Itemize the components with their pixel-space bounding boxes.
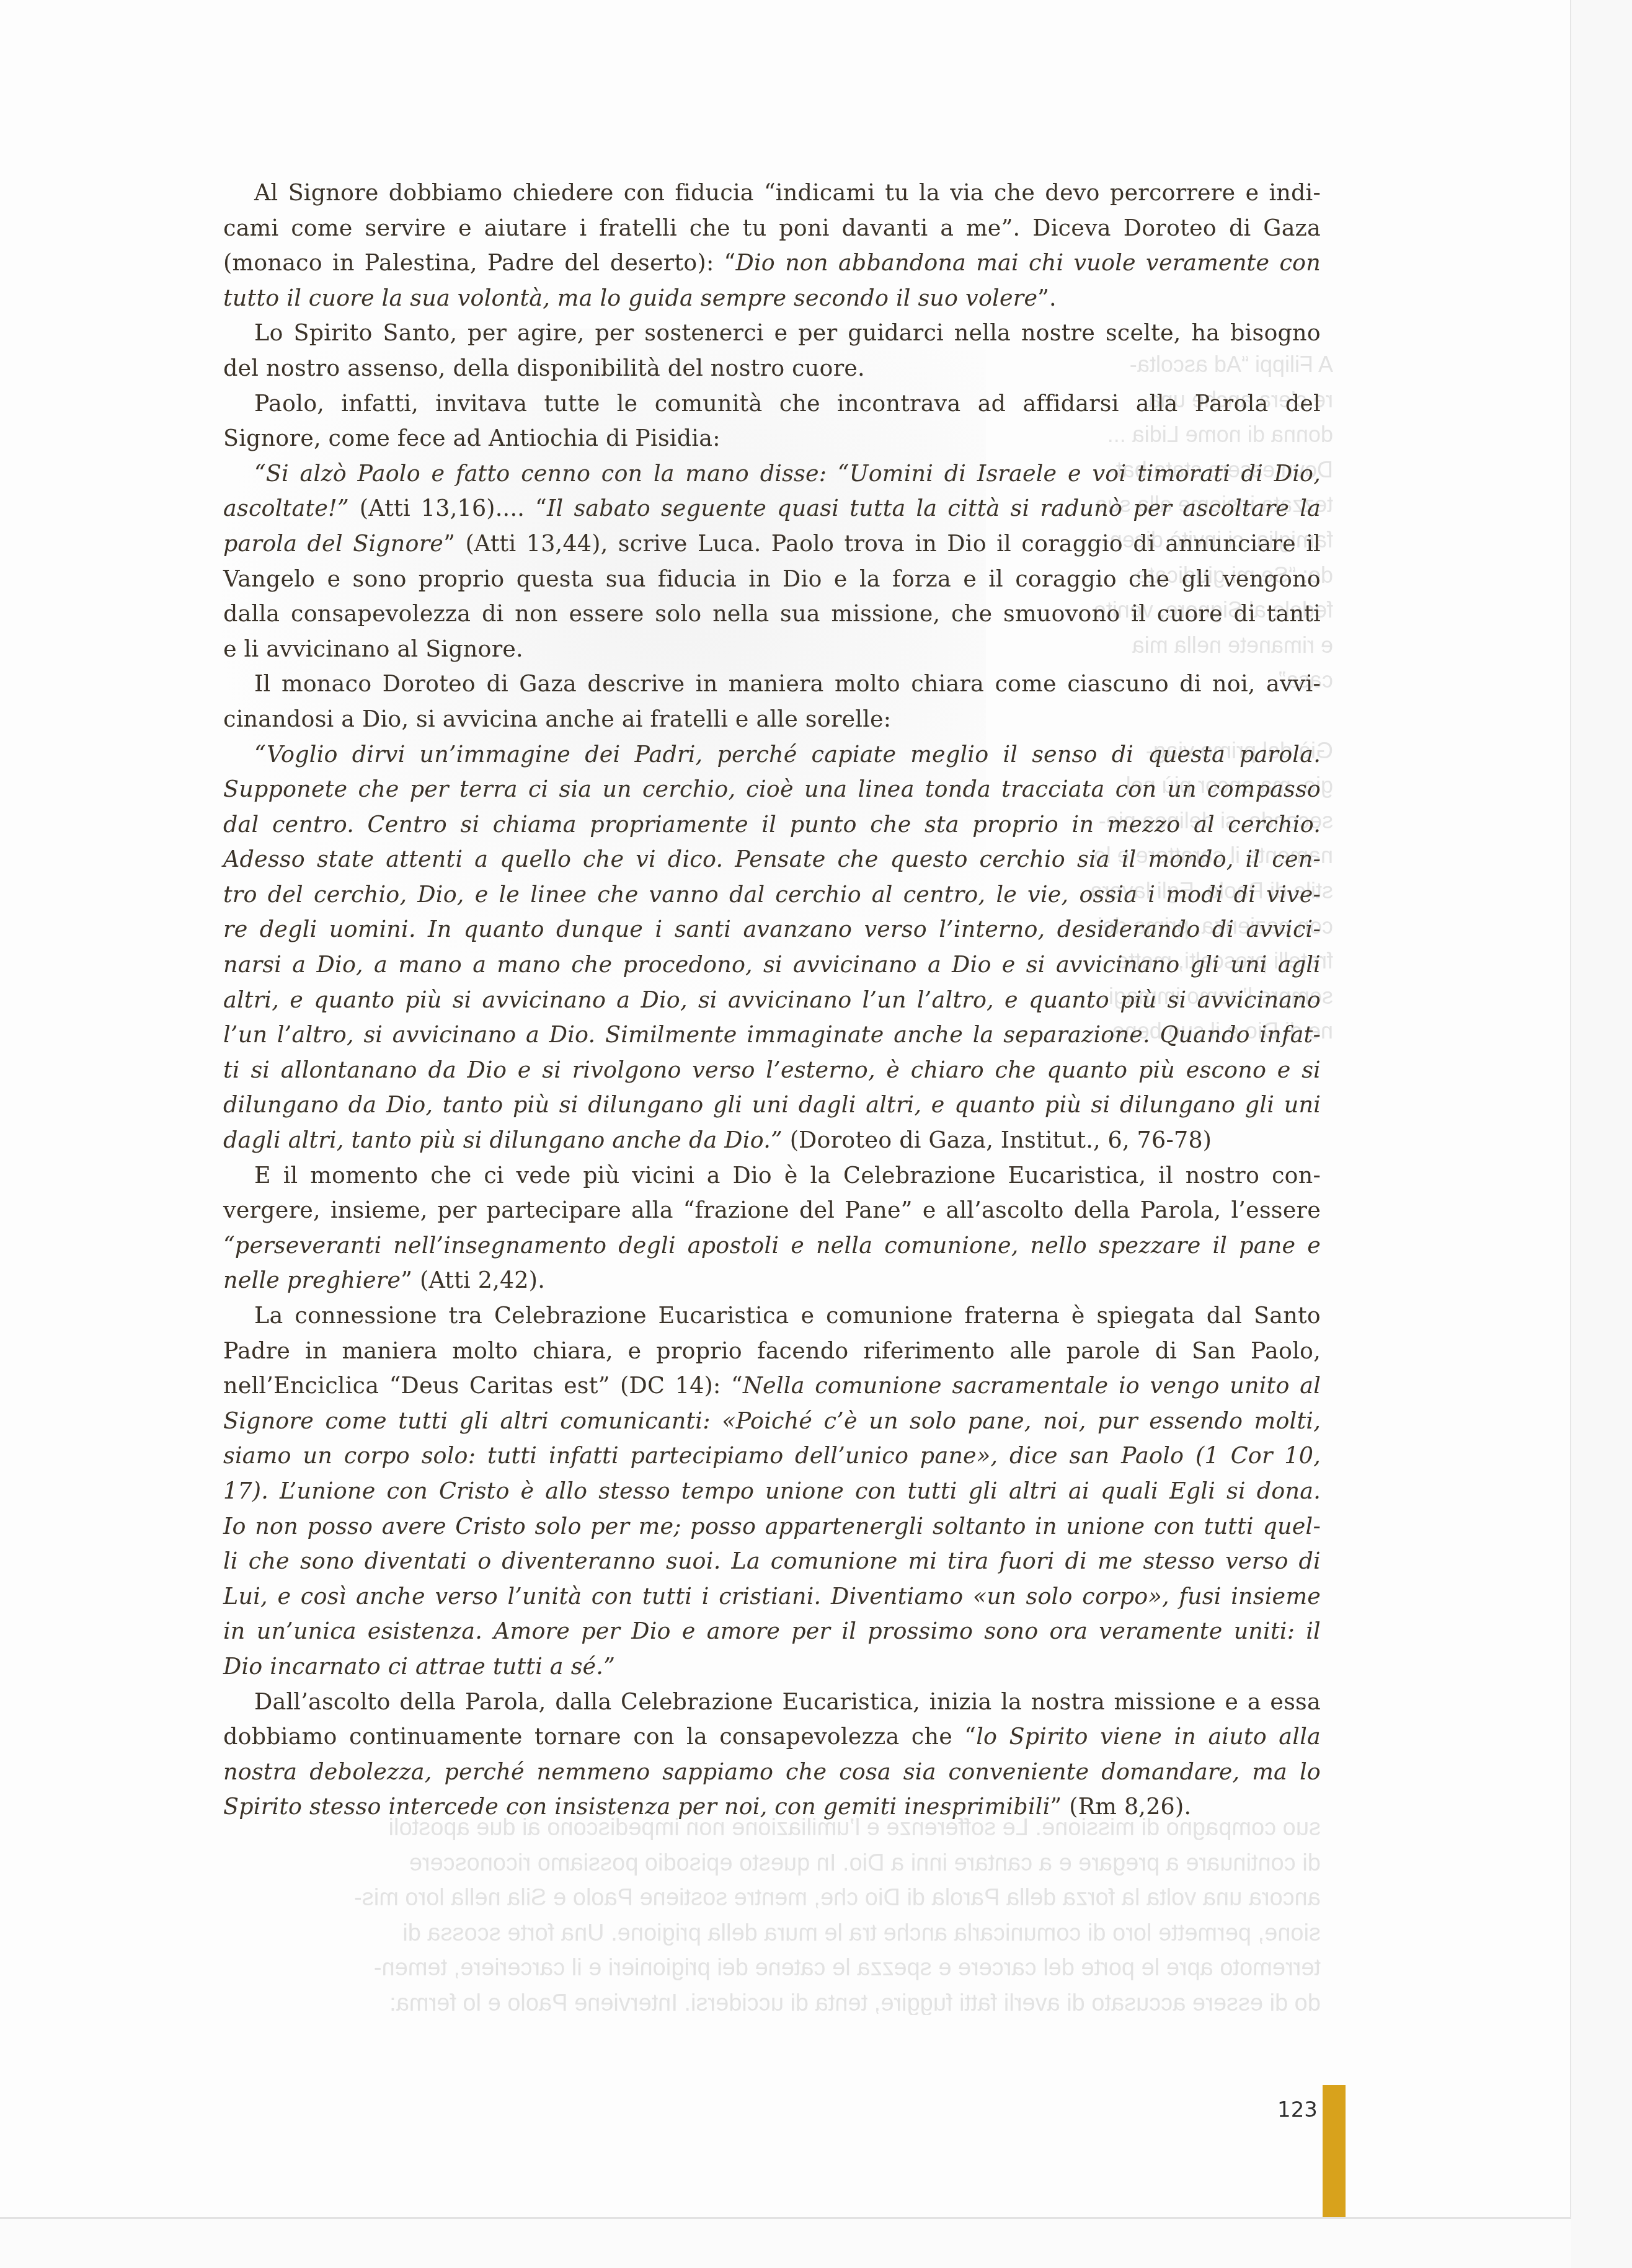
- text-line: vergere, insieme, per partecipare alla “…: [223, 1193, 1321, 1228]
- text-line: Io non posso avere Cristo solo per me; p…: [223, 1509, 1321, 1544]
- scanner-margin: [1571, 0, 1632, 2268]
- italic-quote-segment: Supponete che per terra ci sia un cerchi…: [223, 776, 1321, 802]
- text-line: cami come servire e aiutare i fratelli c…: [223, 211, 1321, 246]
- text-segment: ” (Atti 13,44), scrive Luca. Paolo trova…: [443, 530, 1321, 557]
- text-line: re degli uomini. In quanto dunque i sant…: [223, 912, 1321, 947]
- italic-quote-segment: Adesso state attenti a quello che vi dic…: [223, 846, 1321, 872]
- italic-quote-segment: l’un l’altro, si avvicinano a Dio. Simil…: [223, 1021, 1321, 1048]
- text-line: “Si alzò Paolo e fatto cenno con la mano…: [223, 456, 1321, 492]
- italic-quote-segment: li che sono diventati o diventeranno suo…: [223, 1548, 1321, 1574]
- text-line: Lo Spirito Santo, per agire, per sostene…: [223, 316, 1321, 351]
- italic-quote-segment: dilungano da Dio, tanto più si dilungano…: [223, 1091, 1321, 1118]
- text-line: siamo un corpo solo: tutti infatti parte…: [223, 1438, 1321, 1474]
- text-segment: cami come servire e aiutare i fratelli c…: [223, 215, 1321, 241]
- text-line: dal centro. Centro si chiama propriament…: [223, 807, 1321, 843]
- italic-quote-segment: Signore come tutti gli altri comunicanti…: [223, 1407, 1321, 1434]
- text-segment: cinandosi a Dio, si avvicina anche ai fr…: [223, 706, 891, 732]
- text-line: Spirito stesso intercede con insistenza …: [223, 1789, 1321, 1825]
- text-segment: ” (Atti 2,42).: [401, 1267, 545, 1293]
- bleed-line: terremoto apre le porte del carcere e sp…: [217, 1951, 1321, 1986]
- italic-quote-segment: re degli uomini. In quanto dunque i sant…: [223, 916, 1321, 942]
- text-segment: La connessione tra Celebrazione Eucarist…: [254, 1302, 1321, 1329]
- bleed-line: ancora una volta la forza della Parola d…: [217, 1880, 1321, 1916]
- text-segment: ”.: [1037, 285, 1057, 311]
- text-line: Adesso state attenti a quello che vi dic…: [223, 842, 1321, 877]
- text-line: “Voglio dirvi un’immagine dei Padri, per…: [223, 737, 1321, 773]
- text-line: cinandosi a Dio, si avvicina anche ai fr…: [223, 702, 1321, 737]
- italic-quote-segment: parola del Signore: [223, 530, 443, 557]
- text-segment: dalla consapevolezza di non essere solo …: [223, 600, 1321, 627]
- italic-quote-segment: Lui, e così anche verso l’unità con tutt…: [223, 1583, 1321, 1610]
- text-line: li che sono diventati o diventeranno suo…: [223, 1544, 1321, 1579]
- italic-quote-segment: in un’unica esistenza. Amore per Dio e a…: [223, 1618, 1321, 1644]
- text-segment: Lo Spirito Santo, per agire, per sostene…: [254, 319, 1321, 346]
- bleed-line: sione, permette loro di comunicarla anch…: [217, 1916, 1321, 1951]
- text-line: Signore, come fece ad Antiochia di Pisid…: [223, 421, 1321, 456]
- text-line: del nostro assenso, della disponibilità …: [223, 351, 1321, 386]
- text-line: “perseveranti nell’insegnamento degli ap…: [223, 1228, 1321, 1264]
- text-segment: Dall’ascolto della Parola, dalla Celebra…: [254, 1688, 1321, 1715]
- text-segment: (Atti 13,16).... “: [349, 495, 547, 521]
- text-segment: Signore, come fece ad Antiochia di Pisid…: [223, 425, 721, 451]
- text-line: (monaco in Palestina, Padre del deserto)…: [223, 246, 1321, 281]
- text-line: ascoltate!” (Atti 13,16).... “Il sabato …: [223, 491, 1321, 526]
- text-line: tutto il cuore la sua volontà, ma lo gui…: [223, 281, 1321, 316]
- italic-quote-segment: Il sabato seguente quasi tutta la città …: [547, 495, 1321, 521]
- italic-quote-segment: “perseveranti nell’insegnamento degli ap…: [223, 1232, 1321, 1259]
- text-segment: Al Signore dobbiamo chiedere con fiducia…: [254, 179, 1321, 206]
- text-line: Paolo, infatti, invitava tutte le comuni…: [223, 386, 1321, 422]
- italic-quote-segment: Spirito stesso intercede con insistenza …: [223, 1793, 1050, 1820]
- text-segment: dobbiamo continuamente tornare con la co…: [223, 1723, 976, 1750]
- text-segment: nell’Enciclica “Deus Caritas est” (DC 14…: [223, 1372, 743, 1399]
- text-segment: (Doroteo di Gaza, Institut., 6, 76-78): [783, 1127, 1212, 1153]
- text-segment: e li avvicinano al Signore.: [223, 636, 523, 662]
- italic-quote-segment: narsi a Dio, a mano a mano che procedono…: [223, 951, 1321, 978]
- text-segment: E il momento che ci vede più vicini a Di…: [254, 1162, 1321, 1189]
- text-line: parola del Signore” (Atti 13,44), scrive…: [223, 526, 1321, 562]
- text-line: dilungano da Dio, tanto più si dilungano…: [223, 1087, 1321, 1123]
- text-line: ti si allontanano da Dio e si rivolgono …: [223, 1053, 1321, 1088]
- text-line: tro del cerchio, Dio, e le linee che van…: [223, 877, 1321, 913]
- italic-quote-segment: tro del cerchio, Dio, e le linee che van…: [223, 881, 1321, 908]
- text-line: Lui, e così anche verso l’unità con tutt…: [223, 1579, 1321, 1615]
- text-line: Dall’ascolto della Parola, dalla Celebra…: [223, 1685, 1321, 1720]
- text-line: dobbiamo continuamente tornare con la co…: [223, 1719, 1321, 1755]
- text-line: l’un l’altro, si avvicinano a Dio. Simil…: [223, 1017, 1321, 1053]
- italic-quote-segment: ascoltate!”: [223, 495, 349, 521]
- text-line: Supponete che per terra ci sia un cerchi…: [223, 772, 1321, 807]
- italic-quote-segment: Nella comunione sacramentale io vengo un…: [743, 1372, 1321, 1399]
- text-segment: Paolo, infatti, invitava tutte le comuni…: [254, 390, 1321, 417]
- italic-quote-segment: siamo un corpo solo: tutti infatti parte…: [223, 1442, 1321, 1469]
- text-line: nelle preghiere” (Atti 2,42).: [223, 1263, 1321, 1298]
- italic-quote-segment: Dio incarnato ci attrae tutti a sé.”: [223, 1653, 615, 1680]
- body-text: Al Signore dobbiamo chiedere con fiducia…: [223, 175, 1321, 1825]
- text-segment: vergere, insieme, per partecipare alla “…: [223, 1197, 1321, 1223]
- text-line: 17). L’unione con Cristo è allo stesso t…: [223, 1474, 1321, 1509]
- text-line: dagli altri, tanto più si dilungano anch…: [223, 1123, 1321, 1158]
- italic-quote-segment: dal centro. Centro si chiama propriament…: [223, 811, 1321, 838]
- text-line: Dio incarnato ci attrae tutti a sé.”: [223, 1649, 1321, 1685]
- italic-quote-segment: nostra debolezza, perché nemmeno sappiam…: [223, 1758, 1321, 1785]
- italic-quote-segment: “Si alzò Paolo e fatto cenno con la mano…: [254, 460, 1321, 487]
- italic-quote-segment: lo Spirito viene in aiuto alla: [976, 1723, 1321, 1750]
- text-line: nell’Enciclica “Deus Caritas est” (DC 14…: [223, 1368, 1321, 1404]
- bleed-line: do di essere accusato di averli fatti fu…: [217, 1986, 1321, 2015]
- bleed-line: di continuare a pregare e a cantare inni…: [217, 1846, 1321, 1881]
- italic-quote-segment: Io non posso avere Cristo solo per me; p…: [223, 1513, 1321, 1539]
- italic-quote-segment: 17). L’unione con Cristo è allo stesso t…: [223, 1477, 1321, 1504]
- text-segment: del nostro assenso, della disponibilità …: [223, 355, 865, 381]
- text-segment: (monaco in Palestina, Padre del deserto)…: [223, 249, 735, 276]
- italic-quote-segment: “Voglio dirvi un’immagine dei Padri, per…: [254, 741, 1321, 768]
- italic-quote-segment: dagli altri, tanto più si dilungano anch…: [223, 1127, 783, 1153]
- text-segment: Vangelo e sono proprio questa sua fiduci…: [223, 565, 1321, 592]
- italic-quote-segment: Dio non abbandona mai chi vuole verament…: [735, 249, 1321, 276]
- text-line: nostra debolezza, perché nemmeno sappiam…: [223, 1755, 1321, 1790]
- text-line: E il momento che ci vede più vicini a Di…: [223, 1158, 1321, 1194]
- text-line: La connessione tra Celebrazione Eucarist…: [223, 1298, 1321, 1334]
- text-line: Vangelo e sono proprio questa sua fiduci…: [223, 562, 1321, 597]
- page-accent-bar: [1323, 2085, 1346, 2217]
- page-number: 123: [1277, 2097, 1318, 2122]
- text-segment: Padre in maniera molto chiara, e proprio…: [223, 1337, 1321, 1364]
- text-segment: ” (Rm 8,26).: [1050, 1793, 1192, 1820]
- text-line: altri, e quanto più si avvicinano a Dio,…: [223, 983, 1321, 1018]
- italic-quote-segment: tutto il cuore la sua volontà, ma lo gui…: [223, 285, 1037, 311]
- text-line: e li avvicinano al Signore.: [223, 632, 1321, 667]
- text-line: Signore come tutti gli altri comunicanti…: [223, 1404, 1321, 1439]
- italic-quote-segment: altri, e quanto più si avvicinano a Dio,…: [223, 986, 1321, 1013]
- text-segment: Il monaco Doroteo di Gaza descrive in ma…: [254, 670, 1321, 697]
- text-line: Il monaco Doroteo di Gaza descrive in ma…: [223, 667, 1321, 702]
- italic-quote-segment: ti si allontanano da Dio e si rivolgono …: [223, 1056, 1321, 1083]
- text-line: Al Signore dobbiamo chiedere con fiducia…: [223, 175, 1321, 211]
- text-line: Padre in maniera molto chiara, e proprio…: [223, 1334, 1321, 1369]
- bleed-through-bottom-text: suo compagno di missione. Le sofferenze …: [217, 1810, 1321, 2015]
- italic-quote-segment: nelle preghiere: [223, 1267, 401, 1293]
- text-line: dalla consapevolezza di non essere solo …: [223, 596, 1321, 632]
- text-line: narsi a Dio, a mano a mano che procedono…: [223, 947, 1321, 983]
- text-line: in un’unica esistenza. Amore per Dio e a…: [223, 1614, 1321, 1649]
